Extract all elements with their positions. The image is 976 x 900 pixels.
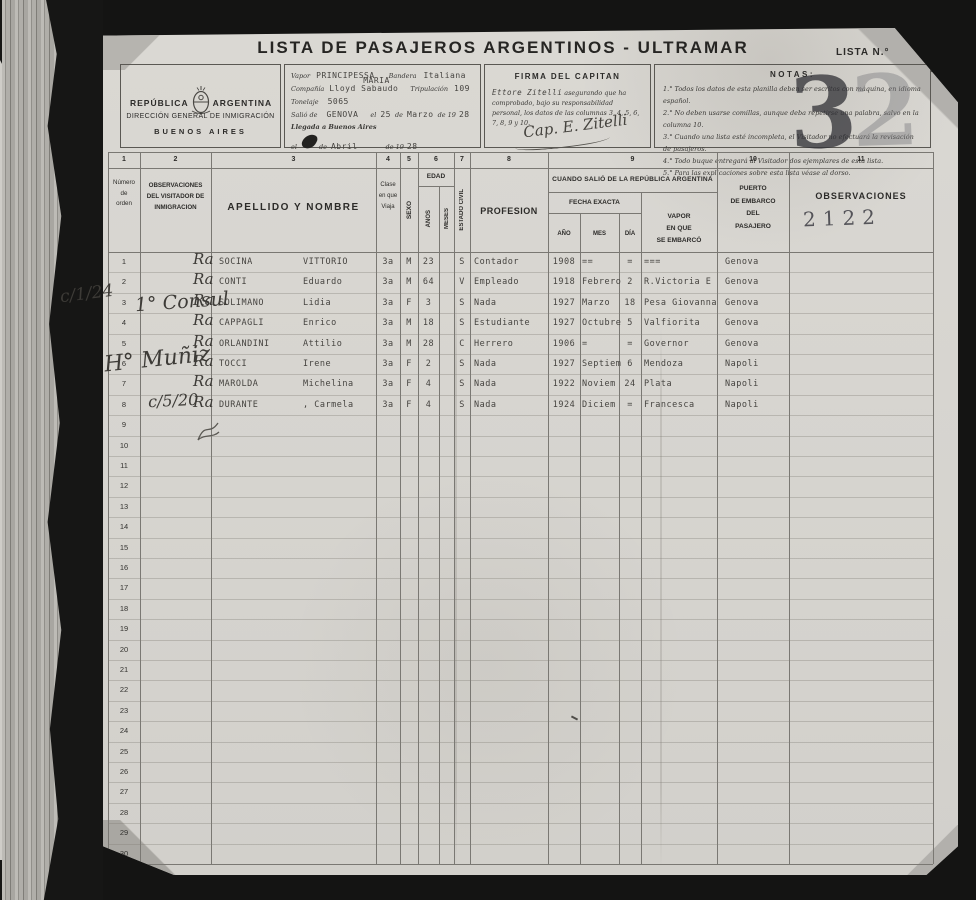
puerto-salida: GENOVA bbox=[326, 110, 358, 119]
column-number: 7 bbox=[454, 152, 470, 168]
cell-puerto: Genova bbox=[725, 293, 789, 313]
col-header-fecha-exacta: FECHA EXACTA bbox=[548, 199, 641, 206]
row-number: 26 bbox=[108, 762, 140, 782]
handwritten-ra-mark: Ra bbox=[193, 269, 214, 289]
ragged-page-edges bbox=[2, 0, 78, 900]
cell-sexo: M bbox=[400, 334, 418, 354]
cell-nombre: Attilio bbox=[303, 334, 342, 354]
cell-puerto: Genova bbox=[725, 334, 789, 354]
bandera-label: Bandera bbox=[389, 72, 417, 80]
row-separator bbox=[108, 680, 933, 681]
captain-signature-box: FIRMA DEL CAPITAN Ettore Zitelli asegura… bbox=[484, 64, 651, 148]
col-header-orden: Númerodeorden bbox=[108, 178, 140, 210]
table-grid-hline bbox=[418, 186, 454, 187]
cell-dia: = bbox=[619, 334, 641, 354]
table-grid-hline bbox=[548, 192, 717, 193]
cell-estado: V bbox=[454, 272, 470, 292]
cell-anos: 23 bbox=[418, 252, 439, 272]
cell-dia: 5 bbox=[619, 313, 641, 333]
tripulacion-value: 109 bbox=[454, 84, 470, 93]
row-separator bbox=[108, 782, 933, 783]
cell-mes: Febrero bbox=[582, 272, 619, 292]
cell-dia: = bbox=[619, 395, 641, 415]
vapor-name-2: MARIA bbox=[363, 76, 390, 85]
cell-mes: Noviem bbox=[582, 374, 619, 394]
table-grid-vline bbox=[933, 152, 934, 864]
col-header-vapor-embarco: VAPOREN QUESE EMBARCÓ bbox=[641, 211, 717, 247]
captain-typed-name: Ettore Zitelli bbox=[492, 88, 562, 97]
cell-ano: 1927 bbox=[548, 293, 580, 313]
cell-nombre: VITTORIO bbox=[303, 252, 348, 272]
cell-profesion: Nada bbox=[474, 354, 548, 374]
cell-dia: = bbox=[619, 252, 641, 272]
el-label: el bbox=[370, 111, 376, 119]
salida-dia: 25 bbox=[380, 110, 391, 119]
col-header-nombre: APELLIDO Y NOMBRE bbox=[211, 202, 376, 213]
cell-anos: 18 bbox=[418, 313, 439, 333]
col-header-observaciones: OBSERVACIONES bbox=[789, 191, 933, 201]
row-separator bbox=[108, 823, 933, 824]
cell-mes: Diciem bbox=[582, 395, 619, 415]
cell-mes: = bbox=[582, 334, 619, 354]
tonelaje-value: 5065 bbox=[328, 97, 349, 106]
row-separator bbox=[108, 742, 933, 743]
table-grid-vline bbox=[470, 152, 471, 864]
de-label-2: de bbox=[319, 143, 327, 151]
cell-vapor: Plata bbox=[644, 374, 717, 394]
handwritten-date2-note: c/5/20 bbox=[148, 390, 199, 412]
cell-mes: Septiem bbox=[582, 354, 619, 374]
cell-nombre: Irene bbox=[303, 354, 331, 374]
cell-puerto: Napoli bbox=[725, 374, 789, 394]
row-separator bbox=[108, 476, 933, 477]
cell-apellido-nombre: RaTOCCIIrene bbox=[211, 354, 376, 374]
row-number: 21 bbox=[108, 660, 140, 680]
salida-mes: Marzo bbox=[407, 110, 434, 119]
cell-sexo: M bbox=[400, 272, 418, 292]
col-header-mes: MES bbox=[580, 231, 619, 237]
col-header-clase: Claseen queViaja bbox=[376, 180, 400, 212]
cell-clase: 3a bbox=[376, 395, 400, 415]
cell-profesion: Nada bbox=[474, 293, 548, 313]
cell-vapor: Mendoza bbox=[644, 354, 717, 374]
llegada-label: Llegada a Buenos Aires bbox=[291, 123, 377, 131]
cell-sexo: F bbox=[400, 293, 418, 313]
row-number: 14 bbox=[108, 517, 140, 537]
col-header-meses: MESES bbox=[439, 186, 454, 252]
cell-clase: 3a bbox=[376, 334, 400, 354]
row-separator bbox=[108, 436, 933, 437]
row-number: 10 bbox=[108, 436, 140, 456]
cell-nombre: Eduardo bbox=[303, 272, 342, 292]
argentina-word: ARGENTINA bbox=[213, 98, 273, 108]
cell-vapor: Pesa Giovanna bbox=[644, 293, 717, 313]
row-number: 23 bbox=[108, 701, 140, 721]
republica-box: REPÚBLICA ARGENTINA DIRECCIÓN GENERAL DE… bbox=[120, 64, 281, 148]
col-header-cuando-salio: CUANDO SALIÓ DE LA REPÚBLICA ARGENTINA bbox=[550, 176, 715, 183]
cell-apellido-nombre: RaCAPPAGLIEnrico bbox=[211, 313, 376, 333]
cell-vapor: Francesca bbox=[644, 395, 717, 415]
column-number: 4 bbox=[376, 152, 400, 168]
row-number: 7 bbox=[108, 374, 140, 394]
cell-puerto: Genova bbox=[725, 272, 789, 292]
cell-sexo: M bbox=[400, 252, 418, 272]
row-number: 9 bbox=[108, 415, 140, 435]
row-number: 11 bbox=[108, 456, 140, 476]
document-page: LISTA DE PASAJEROS ARGENTINOS - ULTRAMAR… bbox=[103, 28, 958, 875]
compania-value: Lloyd Sabaudo MARIA bbox=[329, 84, 398, 93]
col-header-profesion: PROFESION bbox=[470, 206, 548, 216]
cell-nombre: Lidia bbox=[303, 293, 331, 313]
cell-mes: Octubre bbox=[582, 313, 619, 333]
handwritten-folio-number: 106. bbox=[929, 60, 960, 76]
col-header-sexo: SEXO bbox=[400, 168, 418, 252]
salida-ano: 28 bbox=[459, 110, 470, 119]
row-number: 22 bbox=[108, 680, 140, 700]
row-separator bbox=[108, 456, 933, 457]
cell-sexo: M bbox=[400, 313, 418, 333]
cell-dia: 6 bbox=[619, 354, 641, 374]
cell-puerto: Napoli bbox=[725, 354, 789, 374]
republica-word: REPÚBLICA bbox=[130, 98, 189, 108]
cell-sexo: F bbox=[400, 395, 418, 415]
cell-ano: 1927 bbox=[548, 354, 580, 374]
cell-clase: 3a bbox=[376, 313, 400, 333]
handwritten-ra-mark: Ra bbox=[193, 371, 214, 391]
cell-ano: 1924 bbox=[548, 395, 580, 415]
llegada-ano: 28 bbox=[407, 142, 418, 151]
cell-puerto: Genova bbox=[725, 252, 789, 272]
cell-apellido: CAPPAGLI bbox=[219, 313, 264, 333]
cell-ano: 1927 bbox=[548, 313, 580, 333]
cell-profesion: Contador bbox=[474, 252, 548, 272]
row-number: 30 bbox=[108, 844, 140, 864]
column-number: 1 bbox=[108, 152, 140, 168]
handwritten-ra-mark: Ra bbox=[193, 310, 214, 330]
row-separator bbox=[108, 803, 933, 804]
cell-apellido: MAROLDA bbox=[219, 374, 258, 394]
direccion-general-line: DIRECCIÓN GENERAL DE INMIGRACIÓN bbox=[121, 113, 280, 120]
cell-apellido-nombre: RaSOCINAVITTORIO bbox=[211, 252, 376, 272]
cell-clase: 3a bbox=[376, 293, 400, 313]
row-number: 29 bbox=[108, 823, 140, 843]
row-separator bbox=[108, 844, 933, 845]
cell-anos: 64 bbox=[418, 272, 439, 292]
cell-anos: 4 bbox=[418, 395, 439, 415]
cell-estado: S bbox=[454, 374, 470, 394]
row-number: 27 bbox=[108, 782, 140, 802]
table-grid-hline bbox=[548, 213, 641, 214]
cell-apellido: SOCINA bbox=[219, 252, 253, 272]
table-grid-hline bbox=[108, 864, 933, 865]
cell-dia: 2 bbox=[619, 272, 641, 292]
row-separator bbox=[108, 701, 933, 702]
row-separator bbox=[108, 721, 933, 722]
col-header-dia: DÍA bbox=[619, 231, 641, 237]
cell-ano: 1922 bbox=[548, 374, 580, 394]
book-spine bbox=[0, 0, 103, 900]
row-separator bbox=[108, 619, 933, 620]
col-header-puerto: PUERTODE EMBARCODELPASAJERO bbox=[717, 183, 789, 233]
pencil-mark bbox=[571, 715, 578, 720]
row-number: 28 bbox=[108, 803, 140, 823]
row-number: 24 bbox=[108, 721, 140, 741]
buenos-aires-line: BUENOS AIRES bbox=[121, 127, 280, 136]
row-separator bbox=[108, 762, 933, 763]
de-label: de bbox=[395, 111, 403, 119]
row-number: 16 bbox=[108, 558, 140, 578]
el-label-2: el bbox=[291, 143, 297, 151]
col-header-edad: EDAD bbox=[418, 173, 454, 180]
cell-clase: 3a bbox=[376, 272, 400, 292]
cell-estado: C bbox=[454, 334, 470, 354]
row-separator bbox=[108, 538, 933, 539]
salio-de-label: Salió de bbox=[291, 111, 317, 119]
compania-label: Compañía bbox=[291, 85, 324, 93]
cell-apellido: ORLANDINI bbox=[219, 334, 270, 354]
de19-label: de 19 bbox=[438, 111, 456, 119]
cell-nombre: , Carmela bbox=[303, 395, 354, 415]
cell-apellido-nombre: RaCONTIEduardo bbox=[211, 272, 376, 292]
table-grid-vline bbox=[789, 152, 790, 864]
cell-ano: 1906 bbox=[548, 334, 580, 354]
cell-anos: 2 bbox=[418, 354, 439, 374]
llegada-mes: Abril bbox=[331, 142, 358, 151]
row-number: 20 bbox=[108, 640, 140, 660]
row-number: 12 bbox=[108, 476, 140, 496]
cell-anos: 4 bbox=[418, 374, 439, 394]
de19-label-2: de 19 bbox=[386, 143, 404, 151]
firma-title: FIRMA DEL CAPITAN bbox=[485, 72, 650, 81]
cell-anos: 28 bbox=[418, 334, 439, 354]
table-grid-vline bbox=[717, 152, 718, 864]
cell-dia: 24 bbox=[619, 374, 641, 394]
cell-clase: 3a bbox=[376, 252, 400, 272]
col-header-anos: AÑOS bbox=[418, 186, 439, 252]
cell-mes: Marzo bbox=[582, 293, 619, 313]
cell-puerto: Genova bbox=[725, 313, 789, 333]
row-number: 18 bbox=[108, 599, 140, 619]
column-number: 8 bbox=[470, 152, 548, 168]
tripulacion-label: Tripulación bbox=[410, 85, 448, 93]
row-number: 17 bbox=[108, 578, 140, 598]
column-number: 2 bbox=[140, 152, 211, 168]
cell-vapor: Governor bbox=[644, 334, 717, 354]
cell-estado: S bbox=[454, 395, 470, 415]
cell-mes: == bbox=[582, 252, 619, 272]
col-header-ano: AÑO bbox=[548, 231, 580, 237]
cell-estado: S bbox=[454, 313, 470, 333]
cell-ano: 1908 bbox=[548, 252, 580, 272]
bandera-value: Italiana bbox=[423, 71, 466, 80]
ship-info-box: Vapor PRINCIPESSA Bandera Italiana Compa… bbox=[284, 64, 481, 148]
cell-ano: 1918 bbox=[548, 272, 580, 292]
handwritten-ra-mark: Ra bbox=[193, 249, 214, 269]
page-title: LISTA DE PASAJEROS ARGENTINOS - ULTRAMAR bbox=[253, 38, 753, 58]
cell-estado: S bbox=[454, 293, 470, 313]
cell-dia: 18 bbox=[619, 293, 641, 313]
column-number: 9 bbox=[548, 152, 717, 168]
cell-nombre: Michelina bbox=[303, 374, 354, 394]
row-separator bbox=[108, 558, 933, 559]
cell-apellido-nombre: RaORLANDINIAttilio bbox=[211, 334, 376, 354]
page-corner-fold bbox=[883, 825, 958, 875]
cell-estado: S bbox=[454, 354, 470, 374]
row-separator bbox=[108, 497, 933, 498]
row-number: 15 bbox=[108, 538, 140, 558]
cell-profesion: Nada bbox=[474, 374, 548, 394]
row-separator bbox=[108, 599, 933, 600]
column-number: 10 bbox=[717, 152, 789, 168]
list-number-stamp: 32 bbox=[787, 66, 920, 161]
column-number: 5 bbox=[400, 152, 418, 168]
row-number: 19 bbox=[108, 619, 140, 639]
cell-clase: 3a bbox=[376, 374, 400, 394]
cell-puerto: Napoli bbox=[725, 395, 789, 415]
cell-profesion: Herrero bbox=[474, 334, 548, 354]
cell-nombre: Enrico bbox=[303, 313, 337, 333]
row-number: 8 bbox=[108, 395, 140, 415]
pencil-squiggle bbox=[195, 420, 221, 442]
cell-sexo: F bbox=[400, 354, 418, 374]
row-number: 13 bbox=[108, 497, 140, 517]
col-header-estado-civil: ESTADO CIVIL bbox=[454, 168, 470, 252]
cell-vapor: Valfiorita bbox=[644, 313, 717, 333]
cell-vapor: === bbox=[644, 252, 717, 272]
registry-number-stamp: 2122 bbox=[803, 205, 883, 232]
row-number: 1 bbox=[108, 252, 140, 272]
row-separator bbox=[108, 517, 933, 518]
cell-vapor: R.Victoria E bbox=[644, 272, 717, 292]
cell-sexo: F bbox=[400, 374, 418, 394]
cell-profesion: Estudiante bbox=[474, 313, 548, 333]
column-number: 6 bbox=[418, 152, 454, 168]
column-number: 3 bbox=[211, 152, 376, 168]
table-grid-vline bbox=[140, 152, 141, 864]
cell-profesion: Nada bbox=[474, 395, 548, 415]
row-separator bbox=[108, 660, 933, 661]
cell-apellido: DURANTE bbox=[219, 395, 258, 415]
cell-profesion: Empleado bbox=[474, 272, 548, 292]
cell-estado: S bbox=[454, 252, 470, 272]
vapor-label: Vapor bbox=[291, 72, 310, 80]
tonelaje-label: Tonelaje bbox=[291, 98, 319, 106]
cell-clase: 3a bbox=[376, 354, 400, 374]
cell-anos: 3 bbox=[418, 293, 439, 313]
row-separator bbox=[108, 415, 933, 416]
row-separator bbox=[108, 578, 933, 579]
cell-apellido: TOCCI bbox=[219, 354, 247, 374]
col-header-visitador: OBSERVACIONESDEL VISITADOR DEINMIGRACION bbox=[140, 180, 211, 213]
handwritten-ink-blob bbox=[299, 133, 319, 150]
cell-apellido-nombre: RaSOLIMANOLidia bbox=[211, 293, 376, 313]
row-number: 25 bbox=[108, 742, 140, 762]
row-separator bbox=[108, 640, 933, 641]
cell-apellido-nombre: RaDURANTE, Carmela bbox=[211, 395, 376, 415]
cell-apellido-nombre: RaMAROLDAMichelina bbox=[211, 374, 376, 394]
